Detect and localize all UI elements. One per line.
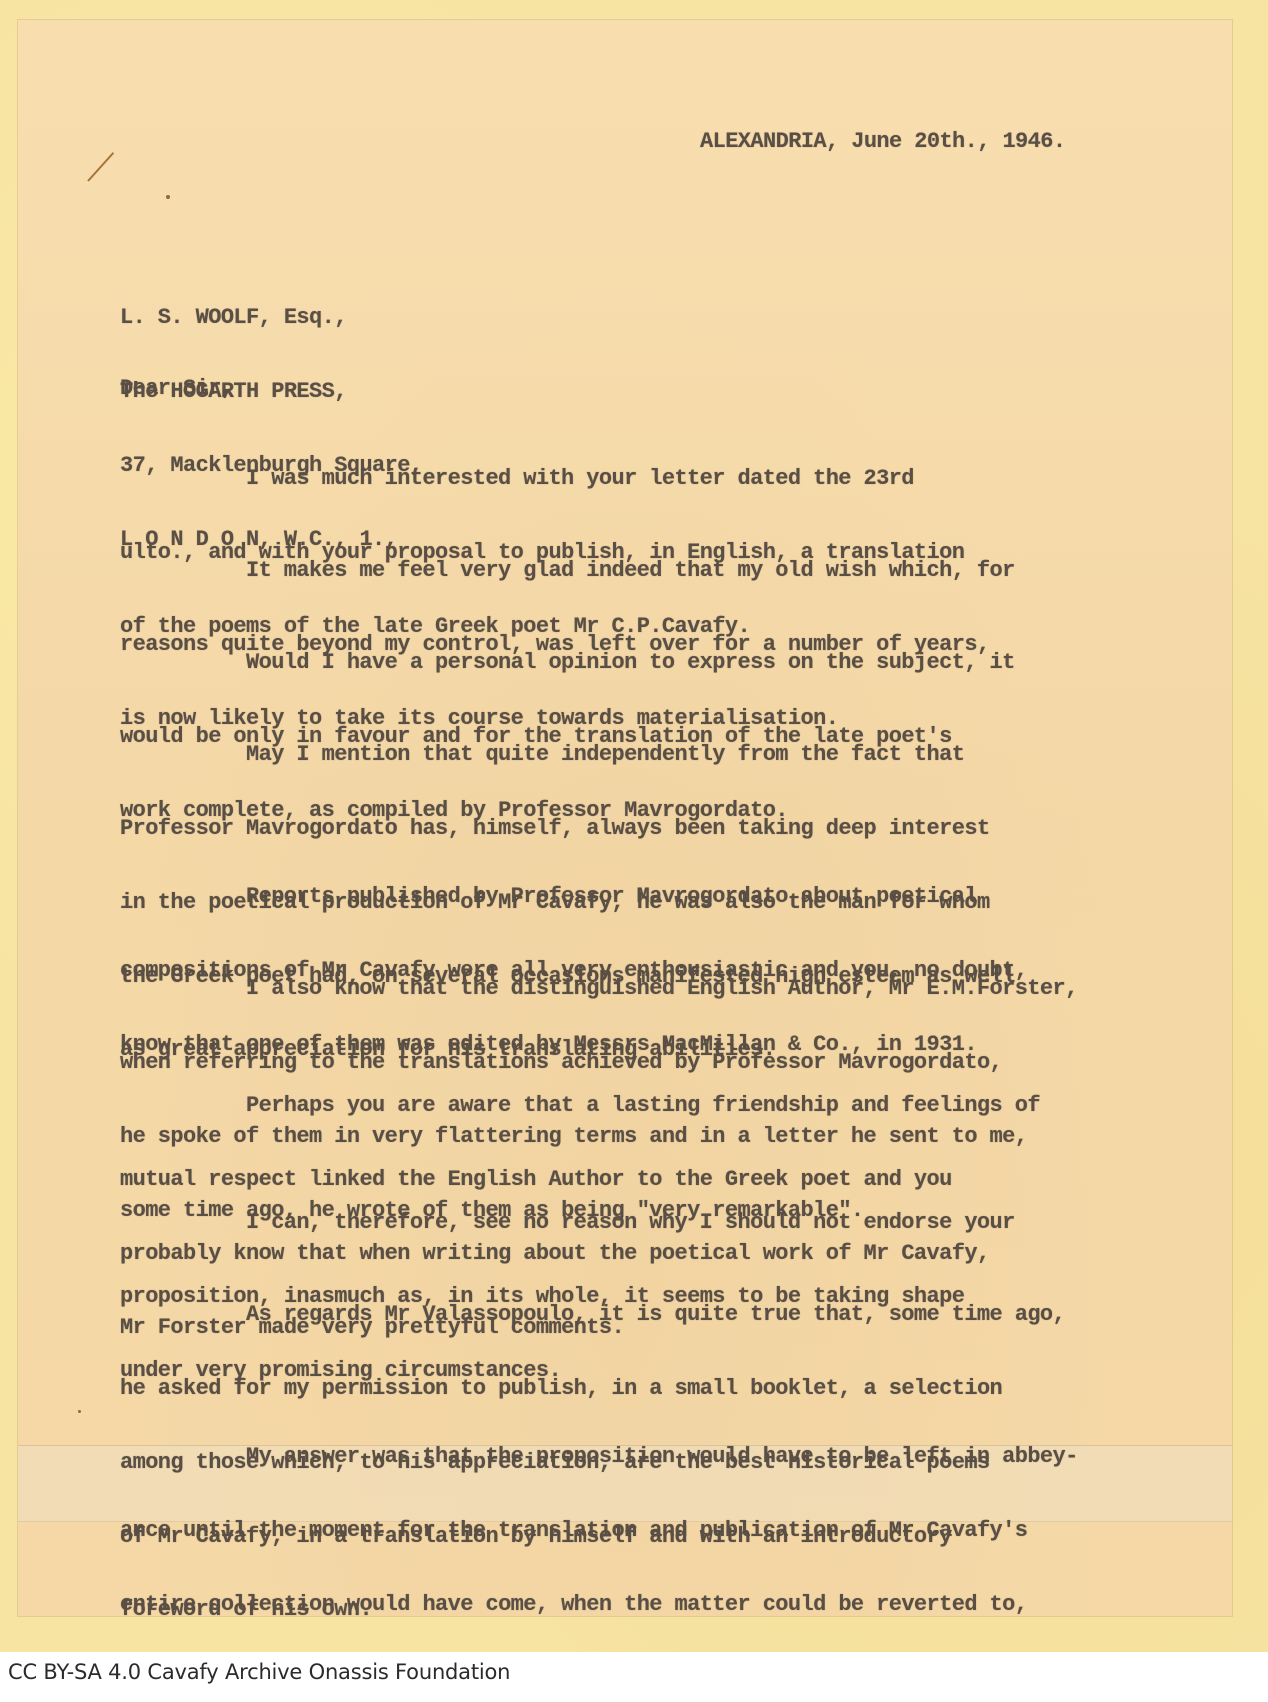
text-line: As regards Mr Valassopoulo, it is quite … xyxy=(120,1303,1065,1328)
text-line: ance until the moment for the translatio… xyxy=(120,1519,1078,1544)
text-line: entire collection would have come, when … xyxy=(120,1593,1078,1618)
ink-speck xyxy=(78,1410,81,1413)
text-line: Would I have a personal opinion to expre… xyxy=(120,651,1015,676)
text-line: I also know that the distinguished Engli… xyxy=(120,977,1078,1002)
license-caption: CC BY-SA 4.0 Cavafy Archive Onassis Foun… xyxy=(8,1660,510,1684)
text-line: Reports published by Professor Mavrogord… xyxy=(120,885,1027,910)
salutation: Dear Sir, xyxy=(120,377,233,402)
text-line: I was much interested with your letter d… xyxy=(120,467,964,492)
address-line: L. S. WOOLF, Esq., xyxy=(120,306,422,331)
text-line: I can, therefore, see no reason why I sh… xyxy=(120,1211,1015,1236)
ink-mark xyxy=(87,152,114,182)
text-line: It makes me feel very glad indeed that m… xyxy=(120,559,1015,584)
text-line: My answer was that the proposition would… xyxy=(120,1445,1078,1470)
letter-dateline: ALEXANDRIA, June 20th., 1946. xyxy=(700,130,1065,155)
paragraph-10: My answer was that the proposition would… xyxy=(120,1396,1078,1642)
text-line: May I mention that quite independently f… xyxy=(120,743,1015,768)
ink-speck xyxy=(166,195,170,199)
text-line: Perhaps you are aware that a lasting fri… xyxy=(120,1094,1040,1119)
